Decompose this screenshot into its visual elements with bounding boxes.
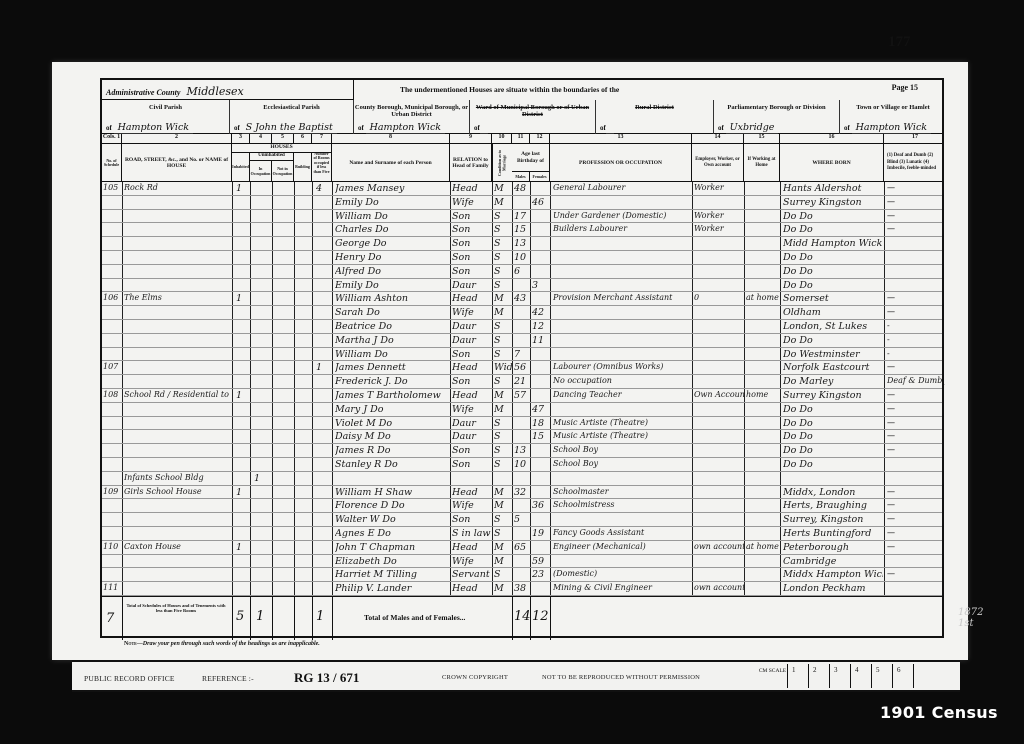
table-row: Emily DoWifeM46Surrey Kingston— bbox=[102, 196, 942, 210]
cell-relation: Son bbox=[452, 238, 492, 249]
header-not-in-occupation: Not in Occupation bbox=[272, 161, 294, 182]
cell-condition: S bbox=[494, 569, 512, 580]
cell-born: Herts Buntingford bbox=[783, 528, 883, 539]
cell-rooms: 1 bbox=[316, 362, 330, 373]
header-infirmity: (1) Deaf and Dumb (2) Blind (3) Lunatic … bbox=[884, 144, 946, 182]
census-form: Administrative County Middlesex The unde… bbox=[100, 78, 944, 638]
cell-relation: Wife bbox=[452, 197, 492, 208]
cell-employment: Worker bbox=[694, 224, 744, 233]
table-row: Daisy M DoDaurS15Music Artiste (Theatre)… bbox=[102, 430, 942, 444]
header-inhabited: Inhabited bbox=[232, 153, 250, 182]
cell-age-m: 10 bbox=[514, 252, 530, 263]
total-rooms: 1 bbox=[316, 609, 324, 624]
cell-schedule: 106 bbox=[103, 293, 121, 302]
census-entries: 105Rock Rd14James ManseyHeadM48General L… bbox=[102, 182, 942, 596]
header-age: Age last Birthday of bbox=[512, 144, 550, 172]
reference-label: REFERENCE :- bbox=[202, 674, 254, 683]
cell-name: Agnes E Do bbox=[335, 528, 449, 539]
cell-employment: own account bbox=[694, 542, 744, 551]
cell-age-m: 43 bbox=[514, 293, 530, 304]
header-road: ROAD, STREET, &c., and No. or NAME of HO… bbox=[122, 144, 232, 182]
cell-condition: M bbox=[494, 183, 512, 194]
cell-condition: S bbox=[494, 431, 512, 442]
cell-born: Do Do bbox=[783, 335, 883, 346]
cell-born: Herts, Braughing bbox=[783, 500, 883, 511]
cell-home: at home bbox=[746, 542, 780, 551]
cell-born: Middx Hampton Wick bbox=[783, 569, 883, 580]
cell-relation: Servant bbox=[452, 569, 492, 580]
table-row: 109Girls School House1William H ShawHead… bbox=[102, 486, 942, 500]
cell-occupation: General Labourer bbox=[553, 183, 691, 192]
cell-address: Caxton House bbox=[124, 542, 230, 551]
cell-age-m: 5 bbox=[514, 514, 530, 525]
cell-born: Do Marley bbox=[783, 376, 883, 387]
cell-relation: Wife bbox=[452, 307, 492, 318]
cell-condition: M bbox=[494, 500, 512, 511]
cell-infirmity: — bbox=[887, 487, 945, 496]
cell-condition: M bbox=[494, 197, 512, 208]
total-males: 14 bbox=[514, 609, 531, 624]
header-where-born: WHERE BORN bbox=[780, 144, 884, 182]
cell-infirmity: — bbox=[887, 307, 945, 316]
cell-condition: M bbox=[494, 307, 512, 318]
area-label: Parliamentary Borough or Division bbox=[714, 104, 839, 111]
census-page: Administrative County Middlesex The unde… bbox=[52, 62, 968, 660]
cell-occupation: No occupation bbox=[553, 376, 691, 385]
cell-name: James Mansey bbox=[335, 183, 449, 194]
cell-inhabited: 1 bbox=[236, 487, 248, 498]
cell-born: Do Do bbox=[783, 418, 883, 429]
table-row: 106The Elms1William AshtonHeadM43Provisi… bbox=[102, 292, 942, 306]
admin-county: Administrative County Middlesex bbox=[102, 80, 354, 100]
cell-occupation: Under Gardener (Domestic) bbox=[553, 211, 691, 220]
area-value: Hampton Wick bbox=[852, 122, 931, 134]
table-row: Elizabeth DoWifeM59Cambridge bbox=[102, 555, 942, 569]
cell-born: Do Do bbox=[783, 266, 883, 277]
cell-infirmity: — bbox=[887, 362, 945, 371]
cell-occupation: Fancy Goods Assistant bbox=[553, 528, 691, 537]
cell-address: The Elms bbox=[124, 293, 230, 302]
cell-born: Do Do bbox=[783, 224, 883, 235]
cell-schedule: 110 bbox=[103, 542, 121, 551]
table-row: Mary J DoWifeM47Do Do— bbox=[102, 403, 942, 417]
area-value: Hampton Wick bbox=[114, 122, 193, 134]
cell-name: James T Bartholomew bbox=[335, 390, 449, 401]
cell-condition: Wid bbox=[494, 362, 512, 373]
cell-condition: S bbox=[494, 321, 512, 332]
cell-occupation: Builders Labourer bbox=[553, 224, 691, 233]
cell-schedule: 107 bbox=[103, 362, 121, 371]
folio-number: 177 bbox=[888, 34, 911, 51]
cell-relation: Son bbox=[452, 459, 492, 470]
header-schedule: No. of Schedule bbox=[102, 144, 122, 182]
area-civil-parish: Civil Parish of Hampton Wick bbox=[102, 100, 230, 134]
cell-name: Philip V. Lander bbox=[335, 583, 449, 594]
cell-name: Daisy M Do bbox=[335, 431, 449, 442]
cell-condition: S bbox=[494, 252, 512, 263]
cell-relation: Head bbox=[452, 542, 492, 553]
cell-infirmity: - bbox=[887, 349, 945, 358]
cell-condition: S bbox=[494, 238, 512, 249]
cell-infirmity: — bbox=[887, 542, 945, 551]
cell-occupation: Provision Merchant Assistant bbox=[553, 293, 691, 302]
cell-name: William Do bbox=[335, 349, 449, 360]
cell-age-m: 38 bbox=[514, 583, 530, 594]
cell-age-m: 48 bbox=[514, 183, 530, 194]
table-row: 1071James DennettHeadWid56Labourer (Omni… bbox=[102, 361, 942, 375]
cell-born: Do Do bbox=[783, 404, 883, 415]
header-rooms: Number of Rooms occupied if less than Fi… bbox=[312, 144, 332, 182]
cell-born: Do Do bbox=[783, 431, 883, 442]
cell-occupation: Music Artiste (Theatre) bbox=[553, 431, 691, 440]
cell-born: Norfolk Eastcourt bbox=[783, 362, 883, 373]
cell-infirmity: — bbox=[887, 514, 945, 523]
cell-inhabited: 1 bbox=[236, 183, 248, 194]
cell-relation: Son bbox=[452, 266, 492, 277]
total-inhabited: 5 bbox=[236, 609, 244, 624]
cell-born: Do Do bbox=[783, 459, 883, 470]
cell-born: Surrey Kingston bbox=[783, 197, 883, 208]
cell-condition: S bbox=[494, 528, 512, 539]
header-uninhabited: Uninhabited bbox=[250, 153, 294, 161]
cell-age-m: 65 bbox=[514, 542, 530, 553]
area-ecclesiastical-parish: Ecclesiastical Parish of S John the Bapt… bbox=[230, 100, 354, 134]
cell-relation: S in law bbox=[452, 528, 492, 539]
cell-name: George Do bbox=[335, 238, 449, 249]
cell-name: Harriet M Tilling bbox=[335, 569, 449, 580]
cell-infirmity: Deaf & Dumb from Childhood bbox=[887, 376, 945, 385]
cell-relation: Son bbox=[452, 252, 492, 263]
table-row: Stanley R DoSonS10School BoyDo Do bbox=[102, 458, 942, 472]
cell-age-m: 7 bbox=[514, 349, 530, 360]
cell-name: Charles Do bbox=[335, 224, 449, 235]
cell-condition: S bbox=[494, 514, 512, 525]
cell-name: Frederick J. Do bbox=[335, 376, 449, 387]
cell-inhabited: 1 bbox=[236, 390, 248, 401]
cell-name: Alfred Do bbox=[335, 266, 449, 277]
cell-employment: own account bbox=[694, 583, 744, 592]
table-row: 111Philip V. LanderHeadM38Mining & Civil… bbox=[102, 582, 942, 596]
cell-condition: M bbox=[494, 487, 512, 498]
cell-infirmity: — bbox=[887, 418, 945, 427]
cell-relation: Head bbox=[452, 583, 492, 594]
cell-name: Henry Do bbox=[335, 252, 449, 263]
area-value bbox=[606, 122, 614, 134]
cell-born: Middx, London bbox=[783, 487, 883, 498]
cell-schedule: 105 bbox=[103, 183, 121, 192]
cell-name: William H Shaw bbox=[335, 487, 449, 498]
area-label: County Borough, Municipal Borough, or Ur… bbox=[354, 104, 469, 118]
table-row: William DoSonS17Under Gardener (Domestic… bbox=[102, 210, 942, 224]
cell-condition: S bbox=[494, 280, 512, 291]
area-rural-district: Rural District of bbox=[596, 100, 714, 134]
cell-born: Midd Hampton Wick bbox=[783, 238, 883, 249]
header-row: Administrative County Middlesex The unde… bbox=[102, 80, 942, 100]
table-row: William DoSonS7Do Westminster- bbox=[102, 348, 942, 362]
cell-condition: M bbox=[494, 293, 512, 304]
cell-address: Girls School House bbox=[124, 487, 230, 496]
cell-age-f: 3 bbox=[532, 280, 550, 291]
cell-condition: M bbox=[494, 556, 512, 567]
cell-age-m: 17 bbox=[514, 211, 530, 222]
cell-inhabited: 1 bbox=[236, 542, 248, 553]
cell-age-m: 15 bbox=[514, 224, 530, 235]
admin-county-label: Administrative County bbox=[106, 88, 180, 97]
cell-schedule: 108 bbox=[103, 390, 121, 399]
cell-condition: M bbox=[494, 404, 512, 415]
cell-age-f: 19 bbox=[532, 528, 550, 539]
table-row: Frederick J. DoSonS21No occupationDo Mar… bbox=[102, 375, 942, 389]
cell-infirmity: - bbox=[887, 335, 945, 344]
cell-born: Surrey, Kingston bbox=[783, 514, 883, 525]
cell-born: Oldham bbox=[783, 307, 883, 318]
cell-relation: Wife bbox=[452, 404, 492, 415]
cell-infirmity: - bbox=[887, 321, 945, 330]
cell-relation: Son bbox=[452, 376, 492, 387]
cell-infirmity: — bbox=[887, 431, 945, 440]
cell-name: Emily Do bbox=[335, 197, 449, 208]
cell-age-f: 59 bbox=[532, 556, 550, 567]
cell-relation: Wife bbox=[452, 556, 492, 567]
cell-address: School Rd / Residential to Assembly Room… bbox=[124, 390, 230, 399]
area-label: Ward of Municipal Borough or of Urban Di… bbox=[470, 104, 595, 118]
header-age-males: Males bbox=[512, 172, 530, 182]
totals-row: 7 Total of Schedules of Houses and of Te… bbox=[102, 596, 942, 640]
column-headers: No. of Schedule ROAD, STREET, &c., and N… bbox=[102, 144, 942, 182]
cell-infirmity: — bbox=[887, 500, 945, 509]
table-row: Agnes E DoS in lawS19Fancy Goods Assista… bbox=[102, 527, 942, 541]
cell-age-m: 6 bbox=[514, 266, 530, 277]
cell-age-f: 11 bbox=[532, 335, 550, 346]
cell-relation: Wife bbox=[452, 500, 492, 511]
table-row: 110Caxton House1John T ChapmanHeadM65Eng… bbox=[102, 541, 942, 555]
cell-occupation: Schoolmistress bbox=[553, 500, 691, 509]
cell-infirmity: — bbox=[887, 293, 945, 302]
cell-infirmity: — bbox=[887, 211, 945, 220]
cell-employment: Own Account bbox=[694, 390, 744, 399]
cell-condition: M bbox=[494, 390, 512, 401]
area-label: Town or Village or Hamlet bbox=[840, 104, 946, 111]
scale-label: CM SCALE bbox=[758, 664, 788, 688]
cell-infirmity: — bbox=[887, 197, 945, 206]
cell-infirmity: — bbox=[887, 528, 945, 537]
total-schedules: 7 bbox=[106, 611, 114, 626]
cell-condition: M bbox=[494, 583, 512, 594]
table-row: Harriet M TillingServantS23(Domestic)Mid… bbox=[102, 568, 942, 582]
cell-born: Somerset bbox=[783, 293, 883, 304]
admin-county-value: Middlesex bbox=[186, 85, 243, 98]
table-row: Walter W DoSonS5Surrey, Kingston— bbox=[102, 513, 942, 527]
area-row: Civil Parish of Hampton Wick Ecclesiasti… bbox=[102, 100, 942, 134]
cell-age-m: 32 bbox=[514, 487, 530, 498]
cell-relation: Son bbox=[452, 211, 492, 222]
table-row: James R DoSonS13School BoyDo Do— bbox=[102, 444, 942, 458]
header-building: Building bbox=[294, 153, 312, 182]
cell-condition: M bbox=[494, 542, 512, 553]
census-watermark: 1901 Census bbox=[880, 703, 998, 722]
form-note: Note—Draw your pen through such words of… bbox=[124, 641, 320, 647]
table-row: George DoSonS13Midd Hampton Wick bbox=[102, 237, 942, 251]
cell-born: Do Do bbox=[783, 280, 883, 291]
cell-name: Mary J Do bbox=[335, 404, 449, 415]
cell-born: Peterborough bbox=[783, 542, 883, 553]
cell-name: Walter W Do bbox=[335, 514, 449, 525]
cell-name: Beatrice Do bbox=[335, 321, 449, 332]
area-county-borough: County Borough, Municipal Borough, or Ur… bbox=[354, 100, 470, 134]
cell-infirmity: — bbox=[887, 445, 945, 454]
area-value: Uxbridge bbox=[726, 122, 779, 134]
cell-relation: Head bbox=[452, 183, 492, 194]
cell-name: James Dennett bbox=[335, 362, 449, 373]
cell-uninhabited: 1 bbox=[254, 473, 270, 484]
cell-condition: S bbox=[494, 224, 512, 235]
cell-schedule: 111 bbox=[103, 583, 121, 592]
cell-born: Cambridge bbox=[783, 556, 883, 567]
area-label: Ecclesiastical Parish bbox=[230, 104, 353, 111]
cell-age-f: 36 bbox=[532, 500, 550, 511]
cell-relation: Son bbox=[452, 349, 492, 360]
cell-age-f: 15 bbox=[532, 431, 550, 442]
reference-number: RG 13 / 671 bbox=[294, 670, 359, 686]
table-row: Violet M DoDaurS18Music Artiste (Theatre… bbox=[102, 417, 942, 431]
cell-condition: S bbox=[494, 445, 512, 456]
cell-age-f: 46 bbox=[532, 197, 550, 208]
cell-infirmity: — bbox=[887, 569, 945, 578]
area-town-village: Town or Village or Hamlet of Hampton Wic… bbox=[840, 100, 946, 134]
cell-born: Do Westminster bbox=[783, 349, 883, 360]
cell-name: Florence D Do bbox=[335, 500, 449, 511]
cell-condition: S bbox=[494, 211, 512, 222]
cell-name: William Do bbox=[335, 211, 449, 222]
cell-infirmity: — bbox=[887, 404, 945, 413]
cell-home: at home bbox=[746, 293, 780, 302]
cell-employment: Worker bbox=[694, 183, 744, 192]
total-schedules-label: Total of Schedules of Houses and of Tene… bbox=[126, 603, 226, 613]
cell-condition: S bbox=[494, 266, 512, 277]
cell-occupation: Mining & Civil Engineer bbox=[553, 583, 691, 592]
cell-relation: Son bbox=[452, 224, 492, 235]
cell-occupation: (Domestic) bbox=[553, 569, 691, 578]
cell-born: London, St Lukes bbox=[783, 321, 883, 332]
record-office-strip: PUBLIC RECORD OFFICE REFERENCE :- RG 13 … bbox=[72, 660, 960, 692]
cell-name: Stanley R Do bbox=[335, 459, 449, 470]
cell-relation: Daur bbox=[452, 280, 492, 291]
table-row: Infants School Bldg1 bbox=[102, 472, 942, 486]
area-value: S John the Baptist bbox=[242, 122, 337, 134]
area-parliamentary-borough: Parliamentary Borough or Division of Uxb… bbox=[714, 100, 840, 134]
total-females: 12 bbox=[532, 609, 549, 624]
table-row: 105Rock Rd14James ManseyHeadM48General L… bbox=[102, 182, 942, 196]
cell-condition: S bbox=[494, 459, 512, 470]
cell-relation: Son bbox=[452, 514, 492, 525]
cell-relation: Daur bbox=[452, 418, 492, 429]
cm-scale: CM SCALE 1 2 3 4 5 6 bbox=[758, 664, 960, 688]
cell-relation: Daur bbox=[452, 335, 492, 346]
table-row: Beatrice DoDaurS12London, St Lukes- bbox=[102, 320, 942, 334]
cell-age-f: 47 bbox=[532, 404, 550, 415]
cell-age-m: 56 bbox=[514, 362, 530, 373]
cell-infirmity: — bbox=[887, 224, 945, 233]
page-number: Page 15 bbox=[892, 83, 918, 92]
cell-age-f: 18 bbox=[532, 418, 550, 429]
cell-relation: Head bbox=[452, 293, 492, 304]
cell-condition: S bbox=[494, 335, 512, 346]
cell-relation: Head bbox=[452, 487, 492, 498]
cell-age-m: 10 bbox=[514, 459, 530, 470]
cell-relation: Daur bbox=[452, 321, 492, 332]
cell-occupation: Dancing Teacher bbox=[553, 390, 691, 399]
area-value: Hampton Wick bbox=[366, 122, 445, 134]
area-label: Rural District bbox=[596, 104, 713, 111]
cell-age-f: 12 bbox=[532, 321, 550, 332]
cell-age-f: 42 bbox=[532, 307, 550, 318]
header-employment: Employer, Worker, or Own account bbox=[692, 144, 744, 182]
cell-age-f: 23 bbox=[532, 569, 550, 580]
cell-address: Infants School Bldg bbox=[124, 473, 230, 482]
area-label: Civil Parish bbox=[102, 104, 229, 111]
area-value bbox=[480, 122, 488, 134]
cell-name: Sarah Do bbox=[335, 307, 449, 318]
cell-occupation: Schoolmaster bbox=[553, 487, 691, 496]
cell-occupation: Music Artiste (Theatre) bbox=[553, 418, 691, 427]
cell-occupation: Labourer (Omnibus Works) bbox=[553, 362, 691, 371]
cell-age-m: 21 bbox=[514, 376, 530, 387]
margin-annotation: 1872 1st bbox=[958, 607, 983, 629]
header-name: Name and Surname of each Person bbox=[332, 144, 450, 182]
cell-age-m: 13 bbox=[514, 238, 530, 249]
cell-relation: Head bbox=[452, 390, 492, 401]
table-row: Alfred DoSonS6Do Do bbox=[102, 265, 942, 279]
permission-notice: NOT TO BE REPRODUCED WITHOUT PERMISSION bbox=[542, 674, 700, 681]
cell-employment: 0 bbox=[694, 293, 744, 302]
cell-occupation: School Boy bbox=[553, 445, 691, 454]
cell-condition: S bbox=[494, 349, 512, 360]
header-working-home: If Working at Home bbox=[744, 144, 780, 182]
boundary-text: The undermentioned Houses are situate wi… bbox=[400, 85, 619, 94]
cell-relation: Daur bbox=[452, 431, 492, 442]
cell-born: Do Do bbox=[783, 445, 883, 456]
cell-employment: Worker bbox=[694, 211, 744, 220]
cell-name: James R Do bbox=[335, 445, 449, 456]
cell-born: Do Do bbox=[783, 252, 883, 263]
crown-copyright: CROWN COPYRIGHT bbox=[442, 674, 508, 681]
cell-infirmity: — bbox=[887, 390, 945, 399]
cell-occupation: School Boy bbox=[553, 459, 691, 468]
cell-name: Violet M Do bbox=[335, 418, 449, 429]
area-ward: Ward of Municipal Borough or of Urban Di… bbox=[470, 100, 596, 134]
cell-age-m: 13 bbox=[514, 445, 530, 456]
header-occupation: PROFESSION OR OCCUPATION bbox=[550, 144, 692, 182]
cell-relation: Son bbox=[452, 445, 492, 456]
cell-schedule: 109 bbox=[103, 487, 121, 496]
table-row: Martha J DoDaurS11Do Do- bbox=[102, 334, 942, 348]
cell-address: Rock Rd bbox=[124, 183, 230, 192]
cell-born: Do Do bbox=[783, 211, 883, 222]
cell-name: Elizabeth Do bbox=[335, 556, 449, 567]
record-office-label: PUBLIC RECORD OFFICE bbox=[84, 674, 175, 683]
cell-rooms: 4 bbox=[316, 183, 330, 194]
cell-name: John T Chapman bbox=[335, 542, 449, 553]
cell-relation: Head bbox=[452, 362, 492, 373]
cell-home: home bbox=[746, 390, 780, 399]
column-numbers: Cols. 1 2 3 4 5 6 7 8 9 10 11 12 13 14 1… bbox=[102, 134, 942, 144]
cell-born: Surrey Kingston bbox=[783, 390, 883, 401]
table-row: Henry DoSonS10Do Do bbox=[102, 251, 942, 265]
table-row: Charles DoSonS15Builders LabourerWorkerD… bbox=[102, 223, 942, 237]
cell-born: London Peckham bbox=[783, 583, 883, 594]
header-relation: RELATION to Head of Family bbox=[450, 144, 492, 182]
cell-inhabited: 1 bbox=[236, 293, 248, 304]
